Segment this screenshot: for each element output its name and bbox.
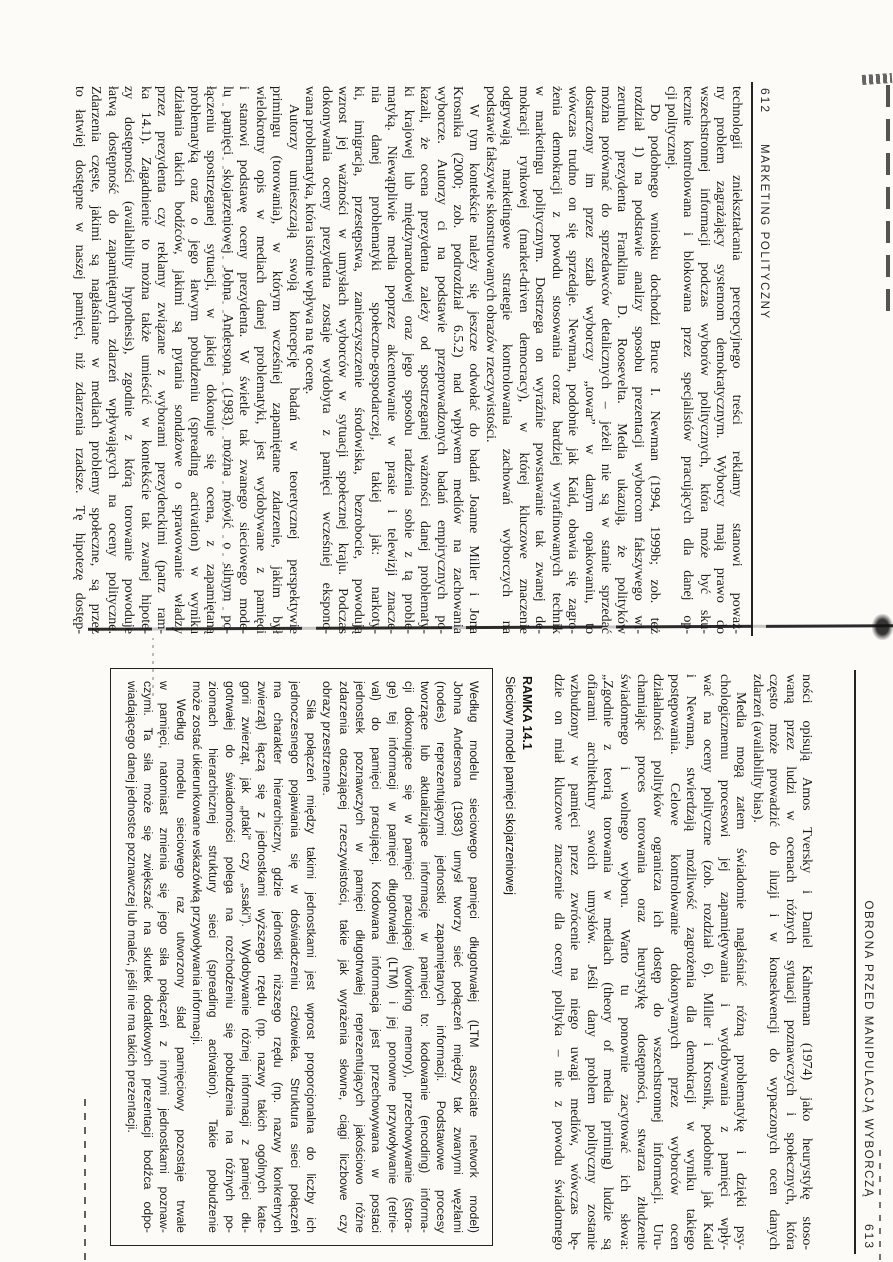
- scan-streak-faint: [152, 638, 154, 696]
- text-line: łatwą dostępność do zapamiętanych zdarze…: [103, 86, 119, 634]
- text-line: tworzące lub aktualizujące informację w …: [417, 681, 433, 1233]
- text-line: ge) tej informacji w pamięci długotrwałe…: [384, 681, 400, 1233]
- text-line: wyborcze. Autorzy ci na podstawie przepr…: [432, 86, 448, 634]
- running-head-612: 612 MARKETING POLITYCZNY: [756, 88, 774, 640]
- ramka-box: Według modelu sieciowego pamięci długotr…: [110, 668, 493, 1246]
- text-line: Media mogą zatem świadomie nagłaśniać ró…: [732, 674, 749, 1250]
- text-line: przez prezydenta czy reklamy związane z …: [153, 86, 169, 634]
- text-line: działalności polityków ogranicza ich dos…: [649, 674, 666, 1250]
- text-line: ofiarami architektury swoich umysłów. Je…: [582, 674, 599, 1250]
- scan-fold-blob: [872, 614, 893, 640]
- text-line: świadomego i wolnego wyboru. Warto tu po…: [615, 674, 632, 1250]
- text-line: postępowania. Celowe kontrolowanie dokon…: [665, 674, 682, 1250]
- text-line: Zdarzenia częste, jakimi są nagłaśniane …: [87, 86, 103, 634]
- scan-edge-streak: [886, 76, 890, 311]
- body-text-612: technologii zniekształcania percepcyjneg…: [71, 86, 745, 634]
- scan-streak-faint: [222, 88, 224, 628]
- text-line: rozdział 1) na podstawie analizy sposobu…: [629, 86, 645, 634]
- text-line: Autorzy umieszczają swoją koncepcję bada…: [284, 86, 300, 634]
- text-line: ka 14.1). Zagadnienie to można także umi…: [136, 86, 152, 634]
- text-line: zerunku prezydenta Franklina D. Roosevel…: [613, 86, 629, 634]
- text-line: łączeniu spostrzeganej sytuacji, w jakie…: [202, 86, 218, 634]
- text-line: żenia demokracji z powodu stosowania cor…: [547, 86, 563, 634]
- text-line: wielokrotny opis w mediach danej problem…: [251, 86, 267, 634]
- text-line: lu pamięci skojarzeniowej Johna Anderson…: [219, 86, 235, 634]
- running-title-613: OBRONA PRZED MANIPULACJĄ WYBORCZĄ: [859, 900, 877, 1198]
- text-line: zdarzenia otaczającej rzeczywistości, ta…: [335, 681, 351, 1233]
- ramka-title: Sieciowy model pamięci skojarzeniowej: [501, 676, 518, 1250]
- scan-dash-right: [879, 1148, 881, 1260]
- text-line: cji politycznej.: [662, 86, 678, 634]
- text-line: wzbudzony w pamięci przez zwrócenie na n…: [566, 674, 583, 1250]
- ramka-caption: RAMKA 14.1 Sieciowy model pamięci skojar…: [501, 676, 535, 1250]
- scan-edge-squiggle: [862, 73, 893, 85]
- text-line: czymi. Ta siła może się zwiększać na sku…: [140, 681, 156, 1233]
- page-613: OBRONA PRZED MANIPULACJĄ WYBORCZĄ 613 no…: [68, 642, 890, 1260]
- text-line: w pamięci, natomiast zmienia się jego si…: [156, 681, 172, 1233]
- text-line: i Newman, stwierdzają możliwość zagrożen…: [682, 674, 699, 1250]
- text-line: gorii zwierząt, jak „ptaki” czy „ssaki”)…: [238, 681, 254, 1233]
- text-line: tecznie kontrolowana i blokowana przez s…: [679, 86, 695, 634]
- text-line: W tym kontekście należy się jeszcze odwo…: [465, 86, 481, 634]
- text-line: „Zgodnie z teorią torowania w mediach (t…: [599, 674, 616, 1250]
- text-line: wać na oceny polityczne (zob. rozdział 6…: [698, 674, 715, 1250]
- header-rule-612: [752, 82, 754, 636]
- text-line: primingu (torowania), w którym wcześniej…: [268, 86, 284, 634]
- text-line: wiadającego danej jednostce poznawczej l…: [123, 681, 139, 1233]
- text-line: i stanowi podstawę oceny prezydenta. W ś…: [235, 86, 251, 634]
- text-line: działania takich bodźców, jakimi są pyta…: [169, 86, 185, 634]
- text-line: mokracji rynkowej (market-driven democra…: [514, 86, 530, 634]
- text-line: obrazy przestrzenne.: [319, 681, 335, 1233]
- text-line: wówczas trudno on się sprzedaje. Newman,…: [564, 86, 580, 634]
- photocopy-sheet: 612 MARKETING POLITYCZNY technologii zni…: [0, 0, 893, 1262]
- text-line: zy dostępności (availability hypothesis)…: [120, 86, 136, 634]
- text-line: ma charakter hierarchiczny, gdzie jednos…: [270, 681, 286, 1233]
- text-line: nia danej problematyki społeczno-gospoda…: [366, 86, 382, 634]
- text-line: chamiając proces torowania oraz heurysty…: [632, 674, 649, 1250]
- text-line: podstawie fałszywie skonstruowanych obra…: [482, 86, 498, 634]
- page-number-613: 613: [860, 1224, 878, 1250]
- text-line: Do podobnego wniosku dochodzi Bruce I. N…: [646, 86, 662, 634]
- scan-dash-left: [84, 1092, 86, 1260]
- text-line: (nodes) reprezentującymi jednostki zapam…: [433, 681, 449, 1233]
- text-line: ny problem zagrażający systemom demokrat…: [712, 86, 728, 634]
- running-title-612: MARKETING POLITYCZNY: [755, 144, 773, 320]
- text-line: val) do pamięci pracującej. Kodowana inf…: [368, 681, 384, 1233]
- text-line: wzrost jej ważności w umysłach wyborców …: [334, 86, 350, 634]
- text-line: zwierząt) łączą się z jednostkami wyższe…: [254, 681, 270, 1233]
- text-line: technologii zniekształcania percepcyjneg…: [728, 86, 744, 634]
- text-line: ziomach hierarchicznej struktury sieci (…: [205, 681, 221, 1233]
- text-line: ki, imigracja, przestępstwa, zanieczyszc…: [350, 86, 366, 634]
- text-line: Krosnika (2000; zob. podrozdział 6.5.2) …: [449, 86, 465, 634]
- running-head-613: OBRONA PRZED MANIPULACJĄ WYBORCZĄ 613: [860, 672, 878, 1250]
- text-line: cji dokonujące się w pamięci pracującej …: [401, 681, 417, 1233]
- text-line: ności opisują Amos Tversky i Daniel Kahn…: [798, 674, 815, 1250]
- text-line: jednostek poznawczych w pamięci długotrw…: [352, 681, 368, 1233]
- text-line: to łatwiej dostępne w naszej pamięci, ni…: [71, 86, 87, 634]
- text-line: Johna Andersona (1983) umysł tworzy sieć…: [449, 681, 465, 1233]
- text-line: wana problematyka, która istotnie wpływa…: [301, 86, 317, 634]
- text-line: jednoczesnego pojawiania się w doświadcz…: [286, 681, 302, 1233]
- text-line: gotrwałej do świadomości polega na rozch…: [221, 681, 237, 1233]
- text-line: odgrywają marketingowe strategie kontrol…: [498, 86, 514, 634]
- text-line: może zostać ukierunkowane wskazówką przy…: [189, 681, 205, 1233]
- text-line: waną przez ludzi w ocenach różnych sytua…: [781, 674, 798, 1250]
- text-line: dokonywania oceny prezydenta zostaje wyd…: [317, 86, 333, 634]
- text-line: ki krajowej lub międzynarodowej oraz jeg…: [399, 86, 415, 634]
- text-line: dostarczony im przez sztab wyborczy „tow…: [580, 86, 596, 634]
- text-line: matyką. Niewątpliwie media poprzez akcen…: [383, 86, 399, 634]
- text-line: Według modelu sieciowego pamięci długotr…: [466, 681, 482, 1233]
- page-number-612: 612: [756, 88, 774, 114]
- text-line: Siła połączeń między takimi jednostkami …: [303, 681, 319, 1233]
- text-line: dzie on miał kluczowe znaczenie dla ocen…: [549, 674, 566, 1250]
- text-line: chologicznemu procesowi jej zapamiętywan…: [715, 674, 732, 1250]
- page-612: 612 MARKETING POLITYCZNY technologii zni…: [72, 78, 778, 640]
- body-text-613: ności opisują Amos Tversky i Daniel Kahn…: [549, 674, 815, 1250]
- text-line: zdarzeń (availability bias).: [748, 674, 765, 1250]
- text-line: Według modelu sieciowego raz utworzony ś…: [172, 681, 188, 1233]
- text-line: kazali, że ocena prezydenta zależy od sp…: [416, 86, 432, 634]
- text-line: problematyką oraz o jego łatwym pobudzen…: [186, 86, 202, 634]
- text-line: wszechstronnej informacji podczas wyboró…: [695, 86, 711, 634]
- text-line: można porównać do sprzedawców detaliczny…: [597, 86, 613, 634]
- header-rule-613: [855, 670, 857, 1254]
- ramka-label: RAMKA 14.1: [518, 676, 535, 1250]
- text-line: w marketingu politycznym. Dostrzega on w…: [531, 86, 547, 634]
- text-line: często może prowadzić do iluzji i w kons…: [765, 674, 782, 1250]
